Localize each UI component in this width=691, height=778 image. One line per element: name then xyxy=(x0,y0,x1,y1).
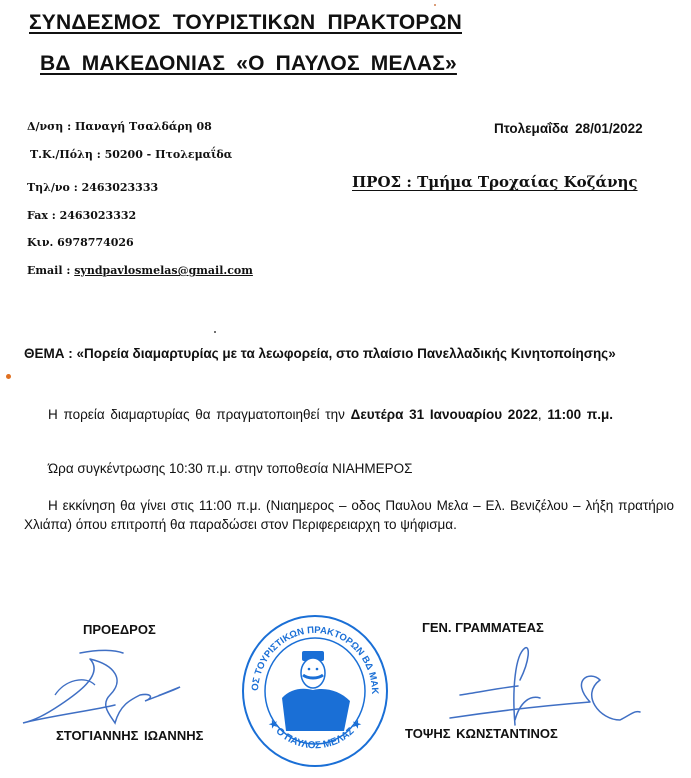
scan-artifact xyxy=(6,374,11,379)
mobile: Κιν. 6978774026 xyxy=(27,236,134,249)
secretary-name: ΤΟΨΗΣ ΚΩΝΣΤΑΝΤΙΝΟΣ xyxy=(405,726,558,741)
scan-artifact xyxy=(434,4,436,6)
body-paragraph-3: Η εκκίνηση θα γίνει στις 11:00 π.μ. (Νια… xyxy=(24,496,674,534)
association-stamp-icon: ΣΥΝΔΕΣΜΟΣ ΤΟΥΡΙΣΤΙΚΩΝ ΠΡΑΚΤΟΡΩΝ ΒΔ ΜΑΚΕΔ… xyxy=(240,613,390,768)
president-name: ΣΤΟΓΙΑΝΝΗΣ ΙΩΑΝΝΗΣ xyxy=(56,728,203,743)
organization-name-line-2: ΒΔ ΜΑΚΕΔΟΝΙΑΣ «Ο ΠΑΥΛΟΣ ΜΕΛΑΣ» xyxy=(40,52,457,76)
phone: Τηλ/νο : 2463023333 xyxy=(27,181,158,194)
recipient: ΠΡΟΣ : Τμήμα Τροχαίας Κοζάνης xyxy=(352,173,638,191)
email-line: Email : syndpavlosmelas@gmail.com xyxy=(27,264,253,277)
organization-name-line-1: ΣΥΝΔΕΣΜΟΣ ΤΟΥΡΙΣΤΙΚΩΝ ΠΡΑΚΤΟΡΩΝ xyxy=(29,11,462,35)
p1-time: 11:00 π.μ. xyxy=(547,407,613,422)
secretary-title: ΓΕΝ. ΓΡΑΜΜΑΤΕΑΣ xyxy=(422,620,544,635)
p1-date: Δευτέρα 31 Ιανουαρίου 2022 xyxy=(351,407,538,422)
president-title: ΠΡΟΕΔΡΟΣ xyxy=(83,622,156,637)
p1-text: Η πορεία διαμαρτυρίας θα πραγματοποιηθεί… xyxy=(48,407,351,422)
secretary-signature-icon xyxy=(440,640,680,730)
place-date: Πτολεμαΐδα 28/01/2022 xyxy=(494,121,643,136)
email-label: Email : xyxy=(27,264,74,277)
postal-city: Τ.Κ./Πόλη : 50200 - Πτολεμαΐδα xyxy=(30,148,232,161)
address: Δ/νση : Παναγή Τσαλδάρη 08 xyxy=(27,120,212,133)
email-link[interactable]: syndpavlosmelas@gmail.com xyxy=(74,264,253,277)
president-signature-icon xyxy=(15,645,215,735)
fax: Fax : 2463023332 xyxy=(27,209,136,222)
scan-artifact xyxy=(214,331,216,333)
body-paragraph-1: Η πορεία διαμαρτυρίας θα πραγματοποιηθεί… xyxy=(24,405,672,424)
body-paragraph-2: Ώρα συγκέντρωσης 10:30 π.μ. στην τοποθεσ… xyxy=(48,459,412,478)
p1-sep: , xyxy=(538,407,548,422)
subject: ΘΕΜΑ : «Πορεία διαμαρτυρίας με τα λεωφορ… xyxy=(24,344,664,363)
